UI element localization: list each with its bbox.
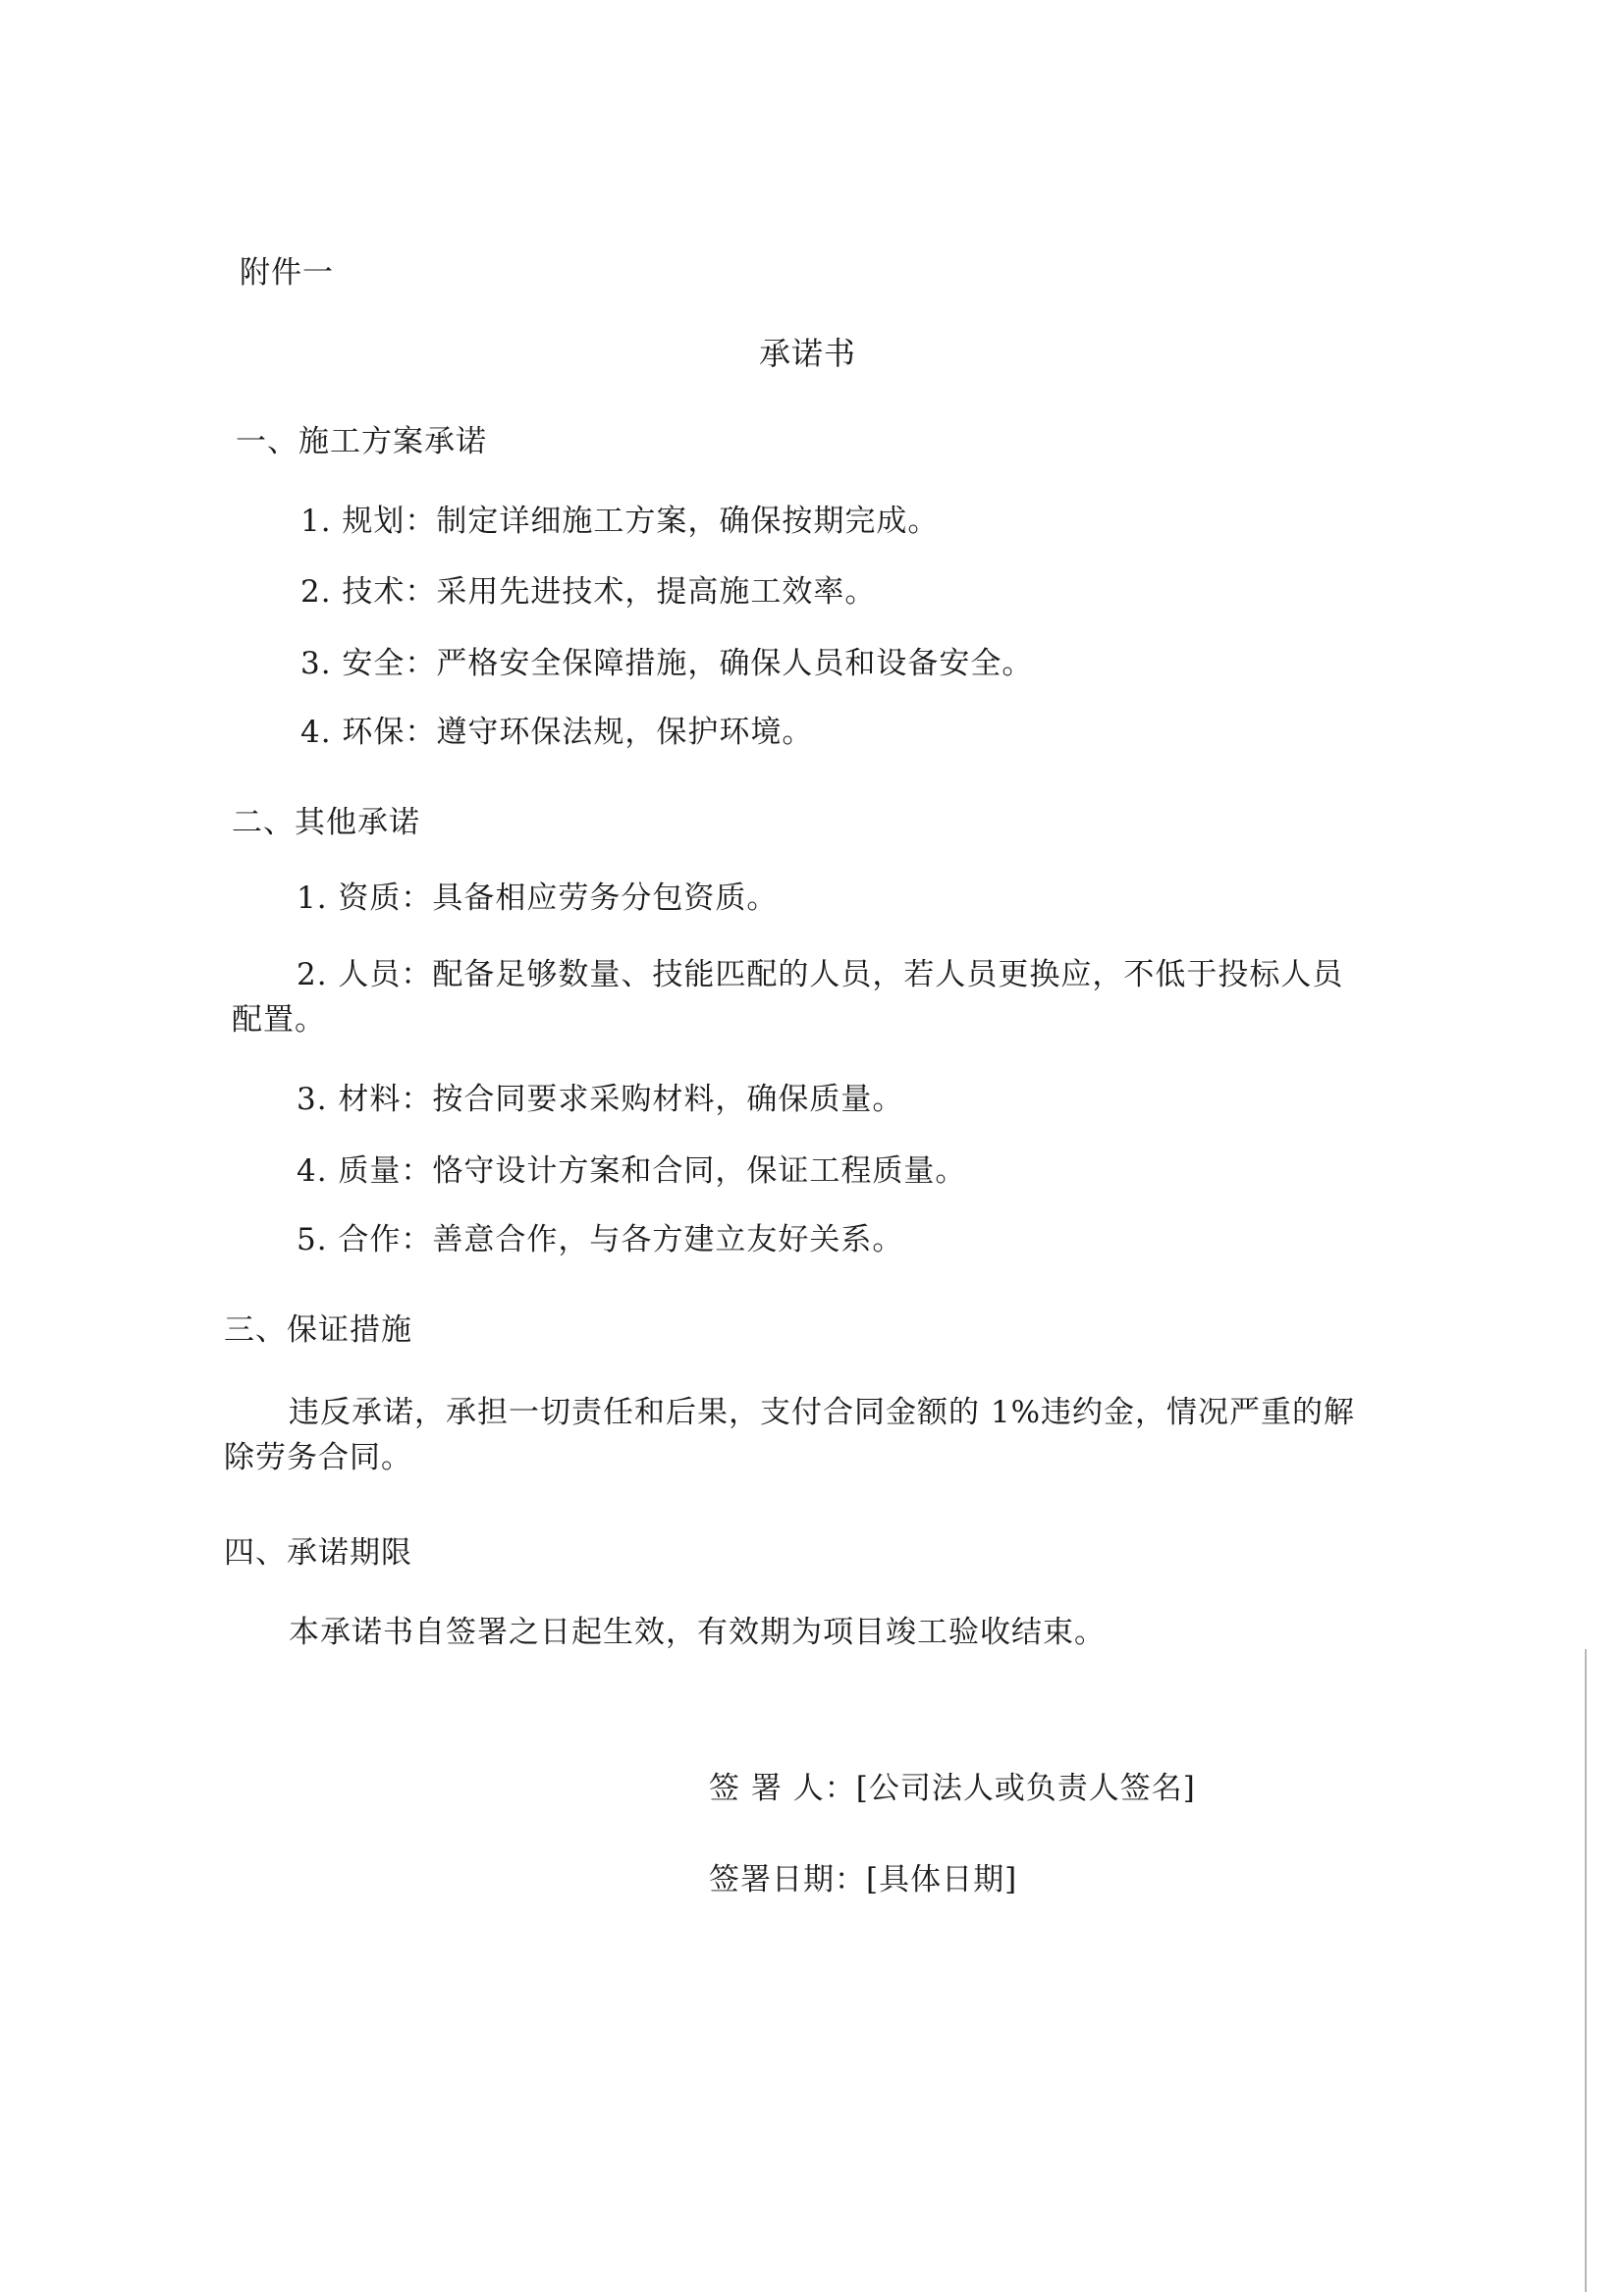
list-item: 2. 人员：配备足够数量、技能匹配的人员，若人员更换应，不低于投标人员配置。	[232, 952, 1371, 1042]
section-heading-4: 四、承诺期限	[224, 1533, 412, 1573]
section-heading-1: 一、施工方案承诺	[236, 422, 487, 461]
list-item: 1. 规划：制定详细施工方案，确保按期完成。	[300, 502, 939, 541]
list-item: 1. 资质：具备相应劳务分包资质。	[297, 879, 778, 918]
attachment-label: 附件一	[240, 253, 334, 293]
list-item: 3. 安全：严格安全保障措施，确保人员和设备安全。	[300, 644, 1033, 683]
signature-date-row: 签署日期：[具体日期]	[709, 1860, 1017, 1899]
list-item: 3. 材料：按合同要求采购材料，确保质量。	[297, 1080, 903, 1119]
section-paragraph: 违反承诺，承担一切责任和后果，支付合同金额的 1%违约金，情况严重的解除劳务合同…	[224, 1390, 1373, 1480]
section-heading-2: 二、其他承诺	[232, 803, 420, 842]
date-value: [具体日期]	[866, 1862, 1017, 1897]
list-item: 4. 环保：遵守环保法规，保护环境。	[300, 713, 813, 752]
signature-signer-row: 签 署 人：[公司法人或负责人签名]	[709, 1769, 1196, 1808]
section-heading-3: 三、保证措施	[224, 1310, 412, 1350]
document-title: 承诺书	[759, 334, 856, 373]
date-label: 签署日期：	[709, 1862, 866, 1897]
scan-edge-line	[1585, 1649, 1587, 2292]
list-item: 4. 质量：恪守设计方案和合同，保证工程质量。	[297, 1151, 966, 1191]
signer-value: [公司法人或负责人签名]	[856, 1771, 1196, 1806]
list-item: 2. 技术：采用先进技术，提高施工效率。	[300, 572, 876, 612]
list-item: 5. 合作：善意合作，与各方建立友好关系。	[297, 1220, 903, 1259]
section-paragraph: 本承诺书自签署之日起生效，有效期为项目竣工验收结束。	[289, 1613, 1106, 1652]
signer-label: 签 署 人：	[709, 1771, 856, 1806]
